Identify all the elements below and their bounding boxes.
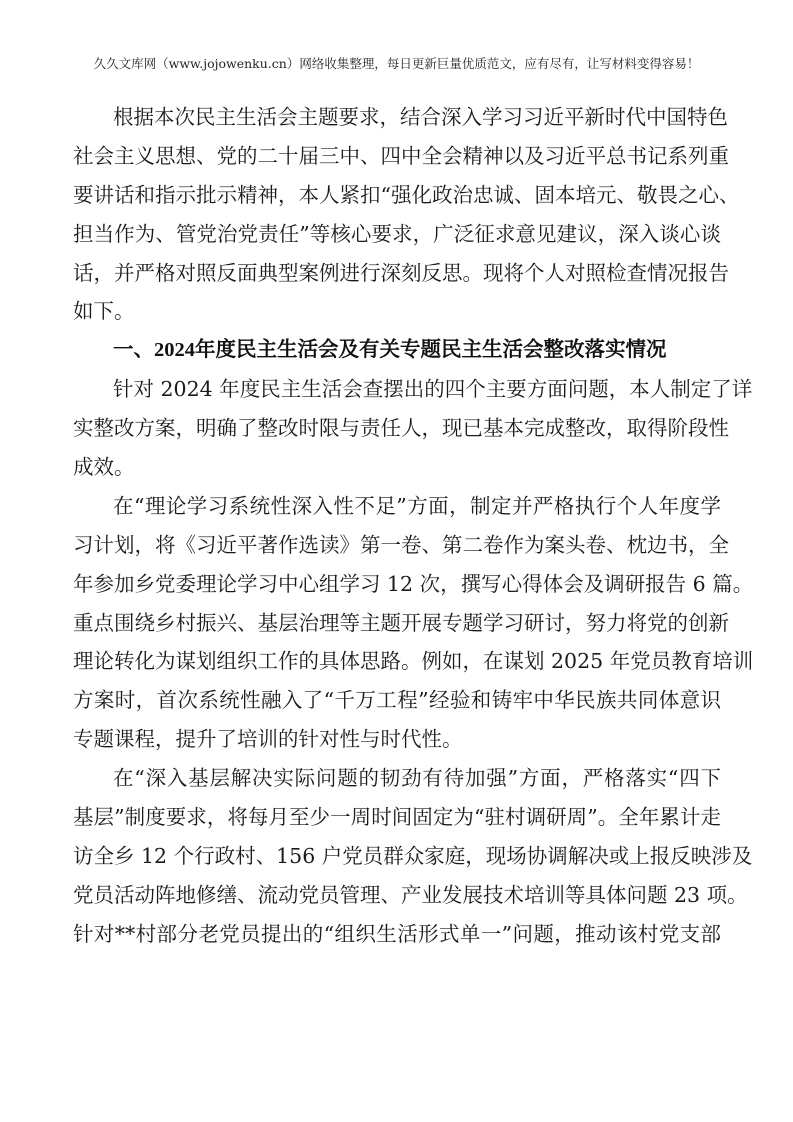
paragraph-grassroots-work: 在“深入基层解决实际问题的韧劲有待加强”方面，严格落实“四下 基层”制度要求，将… (73, 759, 721, 953)
text-line: 担当作为、管党治党责任”等核心要求，广泛征求意见建议，深入谈心谈 (73, 215, 721, 254)
text-line: 基层”制度要求，将每月至少一周时间固定为“驻村调研周”。全年累计走 (73, 798, 721, 837)
paragraph-rectification-summary: 针对 2024 年度民主生活会查摆出的四个主要方面问题，本人制定了详 实整改方案… (73, 370, 721, 487)
text-line: 社会主义思想、党的二十届三中、四中全会精神以及习近平总书记系列重 (73, 137, 721, 176)
text-line: 针对**村部分老党员提出的“组织生活形式单一”问题，推动该村党支部 (73, 915, 721, 954)
paragraph-intro: 根据本次民主生活会主题要求，结合深入学习习近平新时代中国特色 社会主义思想、党的… (73, 98, 721, 331)
text-line: 方案时，首次系统性融入了“千万工程”经验和铸牢中华民族共同体意识 (73, 681, 721, 720)
paragraph-theory-study: 在“理论学习系统性深入性不足”方面，制定并严格执行个人年度学 习计划，将《习近平… (73, 487, 721, 759)
heading-text: 一、2024年度民主生活会及有关专题民主生活会整改落实情况 (73, 331, 721, 370)
text-line: 根据本次民主生活会主题要求，结合深入学习习近平新时代中国特色 (73, 98, 721, 137)
text-line: 要讲话和指示批示精神，本人紧扣“强化政治忠诚、固本培元、敬畏之心、 (73, 176, 721, 215)
text-line: 如下。 (73, 292, 721, 331)
section-heading: 一、2024年度民主生活会及有关专题民主生活会整改落实情况 (73, 331, 721, 370)
document-body: 根据本次民主生活会主题要求，结合深入学习习近平新时代中国特色 社会主义思想、党的… (73, 98, 721, 954)
text-line: 针对 2024 年度民主生活会查摆出的四个主要方面问题，本人制定了详 (73, 370, 721, 409)
text-line: 年参加乡党委理论学习中心组学习 12 次，撰写心得体会及调研报告 6 篇。 (73, 565, 721, 604)
text-line: 访全乡 12 个行政村、156 户党员群众家庭，现场协调解决或上报反映涉及 (73, 837, 721, 876)
text-line: 在“深入基层解决实际问题的韧劲有待加强”方面，严格落实“四下 (73, 759, 721, 798)
text-line: 理论转化为谋划组织工作的具体思路。例如，在谋划 2025 年党员教育培训 (73, 642, 721, 681)
text-line: 党员活动阵地修缮、流动党员管理、产业发展技术培训等具体问题 23 项。 (73, 876, 721, 915)
text-line: 专题课程，提升了培训的针对性与时代性。 (73, 720, 721, 759)
text-line: 成效。 (73, 448, 721, 487)
page-header-watermark: 久久文库网（www.jojowenku.cn）网络收集整理，每日更新巨量优质范文… (0, 56, 793, 72)
text-line: 在“理论学习系统性深入性不足”方面，制定并严格执行个人年度学 (73, 487, 721, 526)
text-line: 实整改方案，明确了整改时限与责任人，现已基本完成整改，取得阶段性 (73, 409, 721, 448)
document-page: 久久文库网（www.jojowenku.cn）网络收集整理，每日更新巨量优质范文… (0, 0, 793, 1122)
text-line: 重点围绕乡村振兴、基层治理等主题开展专题学习研讨，努力将党的创新 (73, 604, 721, 643)
text-line: 习计划，将《习近平著作选读》第一卷、第二卷作为案头卷、枕边书，全 (73, 526, 721, 565)
text-line: 话，并严格对照反面典型案例进行深刻反思。现将个人对照检查情况报告 (73, 254, 721, 293)
